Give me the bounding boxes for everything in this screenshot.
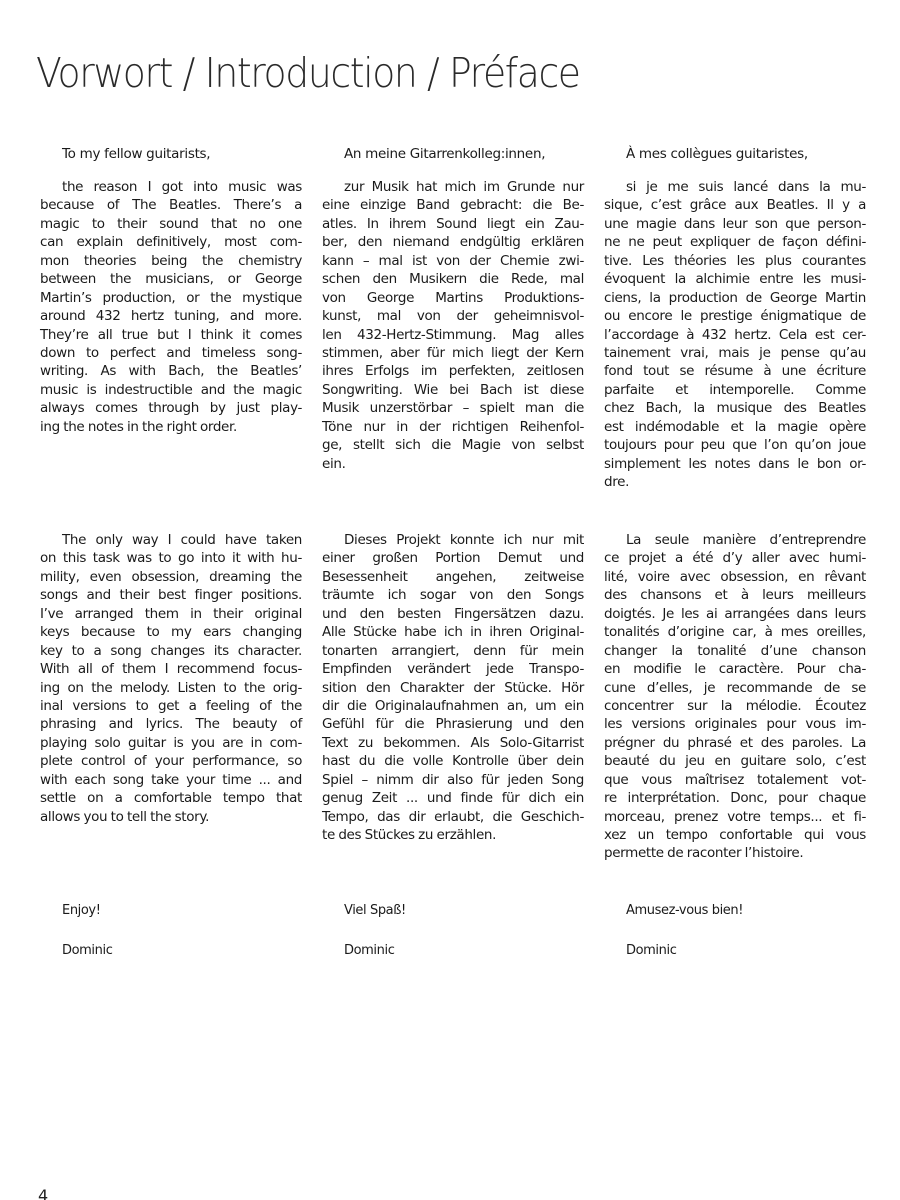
- text-line: parfaite et intemporelle. Comme: [604, 381, 866, 399]
- text-line: Text zu bekommen. Als Solo-Gitarrist: [322, 734, 584, 752]
- text-line: hast du die volle Kontrolle über dein: [322, 752, 584, 770]
- paragraph-1: si je me suis lancé dans la mu-sique, c’…: [604, 178, 866, 491]
- text-line: fond tout se résume à une écriture: [604, 362, 866, 380]
- text-line: sique, c’est grâce aux Beatles. Il y a: [604, 196, 866, 214]
- text-line: ou encore le prestige énigmatique de: [604, 307, 866, 325]
- paragraph-1: the reason I got into music wasbecause o…: [40, 178, 302, 436]
- text-line: stimmen, aber für mich liegt der Kern: [322, 344, 584, 362]
- text-line: songs and their best finger positions.: [40, 586, 302, 604]
- text-line: I’ve arranged them in their original: [40, 605, 302, 623]
- closing: Enjoy!: [62, 903, 101, 918]
- text-line: Empfinden verändert jede Transpo-: [322, 660, 584, 678]
- signature: Dominic: [344, 943, 394, 958]
- text-line: est indémodable et la magie opère: [604, 418, 866, 436]
- text-line: xez un tempo confortable qui vous: [604, 826, 866, 844]
- text-line: ne ne peut expliquer de façon défini-: [604, 233, 866, 251]
- text-line: tainement vrai, mais je pense qu’au: [604, 344, 866, 362]
- text-line: writing. As with Bach, the Beatles’: [40, 362, 302, 380]
- text-line: des chansons et à leurs meilleurs: [604, 586, 866, 604]
- text-line: Dieses Projekt konnte ich nur mit: [322, 531, 584, 549]
- text-line: allows you to tell the story.: [40, 808, 302, 826]
- text-line: sition den Charakter der Stücke. Hör: [322, 679, 584, 697]
- text-line: ing on the melody. Listen to the orig-: [40, 679, 302, 697]
- text-line: einer großen Portion Demut und: [322, 549, 584, 567]
- text-line: Songwriting. Wie bei Bach ist diese: [322, 381, 584, 399]
- text-line: down to perfect and timeless song-: [40, 344, 302, 362]
- text-line: tonalités d’origine car, à mes oreilles,: [604, 623, 866, 641]
- text-line: dre.: [604, 473, 866, 491]
- text-line: une magie dans leur son que person-: [604, 215, 866, 233]
- text-line: mility, even obsession, dreaming the: [40, 568, 302, 586]
- text-line: music is indestructible and the magic: [40, 381, 302, 399]
- text-line: te des Stückes zu erzählen.: [322, 826, 584, 844]
- text-line: Gefühl für die Phrasierung und den: [322, 715, 584, 733]
- salutation: An meine Gitarrenkolleg:innen,: [344, 146, 545, 162]
- text-line: the reason I got into music was: [40, 178, 302, 196]
- text-line: La seule manière d’entreprendre: [604, 531, 866, 549]
- text-line: von George Martins Produktions-: [322, 289, 584, 307]
- text-line: playing solo guitar is you are in com-: [40, 734, 302, 752]
- text-line: und den besten Fingersätzen dazu.: [322, 605, 584, 623]
- text-line: dir die Originalaufnahmen an, um ein: [322, 697, 584, 715]
- page-title: Vorwort / Introduction / Préface: [36, 49, 580, 97]
- text-line: ber, den niemand endgültig erklären: [322, 233, 584, 251]
- text-line: inal versions to get a feeling of the: [40, 697, 302, 715]
- text-line: Spiel – nimm dir also für jeden Song: [322, 771, 584, 789]
- paragraph-2: The only way I could have takenon this t…: [40, 531, 302, 826]
- text-line: beauté du jeu en guitare solo, c’est: [604, 752, 866, 770]
- text-line: genug Zeit ... und finde für dich ein: [322, 789, 584, 807]
- text-line: kann – mal ist von der Chemie zwi-: [322, 252, 584, 270]
- text-line: on this task was to go into it with hu-: [40, 549, 302, 567]
- text-line: permette de raconter l’histoire.: [604, 844, 866, 862]
- text-line: en modifie le caractère. Pour cha-: [604, 660, 866, 678]
- text-line: because of The Beatles. There’s a: [40, 196, 302, 214]
- signature: Dominic: [62, 943, 112, 958]
- text-line: Töne nur in der richtigen Reihenfol-: [322, 418, 584, 436]
- text-line: cune d’elles, je recommande de se: [604, 679, 866, 697]
- text-line: tonarten arrangiert, denn für mein: [322, 642, 584, 660]
- paragraph-2: La seule manière d’entreprendrece projet…: [604, 531, 866, 863]
- text-line: With all of them I recommend focus-: [40, 660, 302, 678]
- text-line: between the musicians, or George: [40, 270, 302, 288]
- text-line: around 432 hertz tuning, and more.: [40, 307, 302, 325]
- text-line: morceau, prenez votre temps... et fi-: [604, 808, 866, 826]
- text-line: ing the notes in the right order.: [40, 418, 302, 436]
- salutation: À mes collègues guitaristes,: [626, 146, 808, 162]
- text-line: eine einzige Band gebracht: die Be-: [322, 196, 584, 214]
- text-line: key to a song changes its character.: [40, 642, 302, 660]
- closing: Amusez-vous bien!: [626, 903, 743, 918]
- text-line: ciens, la production de George Martin: [604, 289, 866, 307]
- page-number: 4: [38, 1186, 48, 1200]
- text-line: ihres Erfolgs im perfekten, zeitlosen: [322, 362, 584, 380]
- paragraph-1: zur Musik hat mich im Grunde nureine ein…: [322, 178, 584, 473]
- text-line: lité, voire avec obsession, en rêvant: [604, 568, 866, 586]
- text-line: les versions originales pour vous im-: [604, 715, 866, 733]
- text-line: évoquent la alchimie entre les musi-: [604, 270, 866, 288]
- text-line: re interprétation. Donc, pour chaque: [604, 789, 866, 807]
- text-line: ce projet a été d’y aller avec humi-: [604, 549, 866, 567]
- text-line: They’re all true but I think it comes: [40, 326, 302, 344]
- text-line: with each song take your time ... and: [40, 771, 302, 789]
- text-line: toujours pour peu que l’on qu’on joue: [604, 436, 866, 454]
- text-line: len 432-Hertz-Stimmung. Mag alles: [322, 326, 584, 344]
- signature: Dominic: [626, 943, 676, 958]
- text-line: doigtés. Je les ai arrangées dans leurs: [604, 605, 866, 623]
- text-line: can explain definitively, most com-: [40, 233, 302, 251]
- text-line: Alle Stücke habe ich in ihren Original-: [322, 623, 584, 641]
- text-line: ein.: [322, 455, 584, 473]
- text-line: si je me suis lancé dans la mu-: [604, 178, 866, 196]
- text-line: simplement les notes dans le bon or-: [604, 455, 866, 473]
- text-line: concentrer sur la mélodie. Écoutez: [604, 697, 866, 715]
- text-line: Musik unzerstörbar – spielt man die: [322, 399, 584, 417]
- text-line: que vous maîtrisez totalement vot-: [604, 771, 866, 789]
- text-line: always comes through by just play-: [40, 399, 302, 417]
- text-line: The only way I could have taken: [40, 531, 302, 549]
- text-line: träumte ich sogar von den Songs: [322, 586, 584, 604]
- text-line: l’accordage à 432 hertz. Cela est cer-: [604, 326, 866, 344]
- text-line: schen den Musikern die Rede, mal: [322, 270, 584, 288]
- text-line: keys because to my ears changing: [40, 623, 302, 641]
- paragraph-2: Dieses Projekt konnte ich nur miteiner g…: [322, 531, 584, 844]
- text-line: Besessenheit angehen, zeitweise: [322, 568, 584, 586]
- text-line: Martin’s production, or the mystique: [40, 289, 302, 307]
- text-line: phrasing and lyrics. The beauty of: [40, 715, 302, 733]
- closing: Viel Spaß!: [344, 903, 406, 918]
- text-line: zur Musik hat mich im Grunde nur: [322, 178, 584, 196]
- text-line: tive. Les théories les plus courantes: [604, 252, 866, 270]
- text-line: ge, stellt sich die Magie von selbst: [322, 436, 584, 454]
- salutation: To my fellow guitarists,: [62, 146, 210, 162]
- text-line: kunst, mal von der geheimnisvol-: [322, 307, 584, 325]
- text-line: atles. In ihrem Sound liegt ein Zau-: [322, 215, 584, 233]
- text-line: chez Bach, la musique des Beatles: [604, 399, 866, 417]
- text-line: changer la tonalité d’une chanson: [604, 642, 866, 660]
- text-line: mon theories being the chemistry: [40, 252, 302, 270]
- text-line: plete control of your performance, so: [40, 752, 302, 770]
- text-line: settle on a comfortable tempo that: [40, 789, 302, 807]
- text-line: magic to their sound that no one: [40, 215, 302, 233]
- text-line: Tempo, das dir erlaubt, die Geschich-: [322, 808, 584, 826]
- text-line: prégner du phrasé et des paroles. La: [604, 734, 866, 752]
